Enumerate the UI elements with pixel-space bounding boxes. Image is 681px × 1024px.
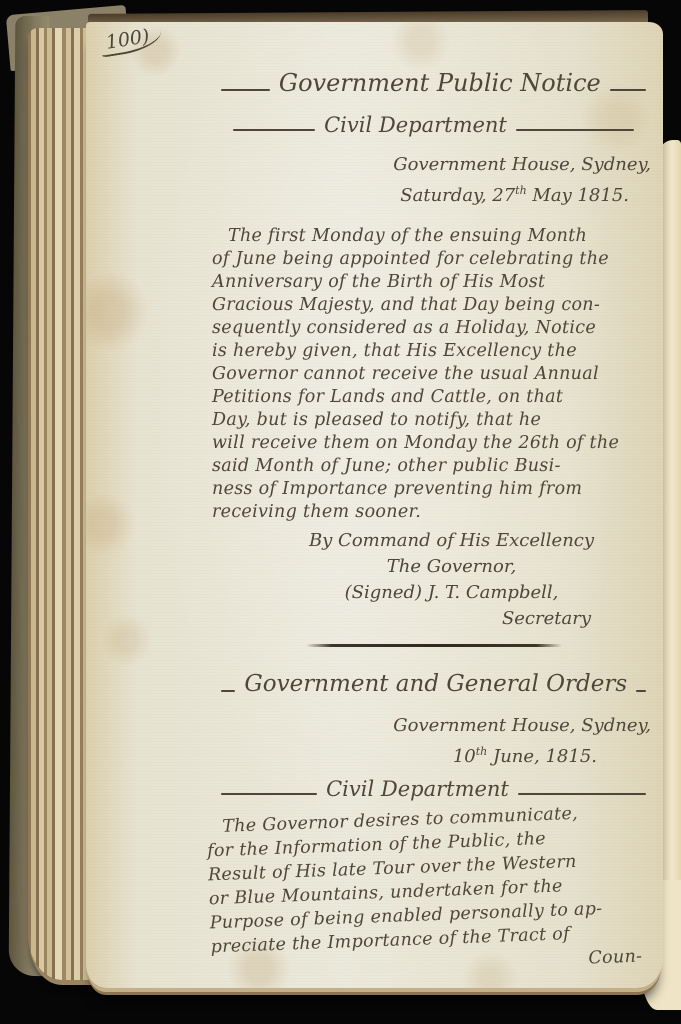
notice-department-row: Civil Department xyxy=(212,112,655,138)
body-line: Day, but is pleased to notify, that he xyxy=(212,409,655,432)
orders-body: The Governor desires to communicate, for… xyxy=(206,799,655,984)
body-line: sequently considered as a Holiday, Notic… xyxy=(212,317,655,340)
closing-governor: The Governor, xyxy=(248,554,655,580)
page-content: Government Public Notice Civil Departmen… xyxy=(212,68,655,983)
flourish-rule xyxy=(221,793,317,795)
orders-title: Government and General Orders xyxy=(244,669,627,699)
section-divider-rule xyxy=(306,644,562,647)
notice-closing: By Command of His Excellency The Governo… xyxy=(212,528,655,632)
notice-body: The first Monday of the ensuing Month of… xyxy=(212,225,655,524)
orders-department-row: Civil Department xyxy=(212,776,655,802)
body-line: will receive them on Monday the 26th of … xyxy=(212,432,655,455)
body-line: Petitions for Lands and Cattle, on that xyxy=(212,386,655,409)
closing-signature: (Signed) J. T. Campbell, xyxy=(248,580,655,606)
closing-command: By Command of His Excellency xyxy=(248,528,655,554)
body-line: The first Monday of the ensuing Month xyxy=(212,225,655,248)
flourish-rule xyxy=(233,129,315,131)
date-ordinal: th xyxy=(515,184,527,197)
page-edges-stack xyxy=(28,28,94,980)
body-line: ness of Importance preventing him from xyxy=(212,478,655,501)
flourish-rule xyxy=(221,690,235,692)
date-ordinal: th xyxy=(476,745,488,758)
dateline-place: Government House, Sydney, xyxy=(212,713,655,739)
notice-dateline: Government House, Sydney, Saturday, 27th… xyxy=(212,152,655,209)
manuscript-page: 100) Government Public Notice Civil Depa… xyxy=(86,22,663,988)
body-line: said Month of June; other public Busi- xyxy=(212,455,655,478)
notice-title: Government Public Notice xyxy=(279,68,601,98)
flourish-rule xyxy=(516,129,634,131)
body-line: of June being appointed for celebrating … xyxy=(212,248,655,271)
flourish-rule xyxy=(221,89,270,91)
body-line: receiving them sooner. xyxy=(212,501,655,524)
dateline-date: Saturday, 27th May 1815. xyxy=(212,178,655,209)
body-line: is hereby given, that His Excellency the xyxy=(212,340,655,363)
orders-title-row: Government and General Orders xyxy=(212,669,655,699)
body-line: Governor cannot receive the usual Annual xyxy=(212,363,655,386)
notice-title-row: Government Public Notice xyxy=(212,68,655,98)
flourish-rule xyxy=(610,89,646,91)
orders-department: Civil Department xyxy=(326,776,509,802)
orders-dateline: Government House, Sydney, 10th June, 181… xyxy=(212,713,655,770)
body-line: Anniversary of the Birth of His Most xyxy=(212,271,655,294)
dateline-place: Government House, Sydney, xyxy=(212,152,655,178)
body-line: Gracious Majesty, and that Day being con… xyxy=(212,294,655,317)
notice-department: Civil Department xyxy=(324,112,507,138)
photograph-of-manuscript: 100) Government Public Notice Civil Depa… xyxy=(0,0,681,1024)
closing-secretary: Secretary xyxy=(248,606,655,632)
flourish-rule xyxy=(636,690,646,692)
page-number: 100) xyxy=(98,23,163,57)
flourish-rule xyxy=(518,793,646,795)
dateline-date: 10th June, 1815. xyxy=(212,739,655,770)
